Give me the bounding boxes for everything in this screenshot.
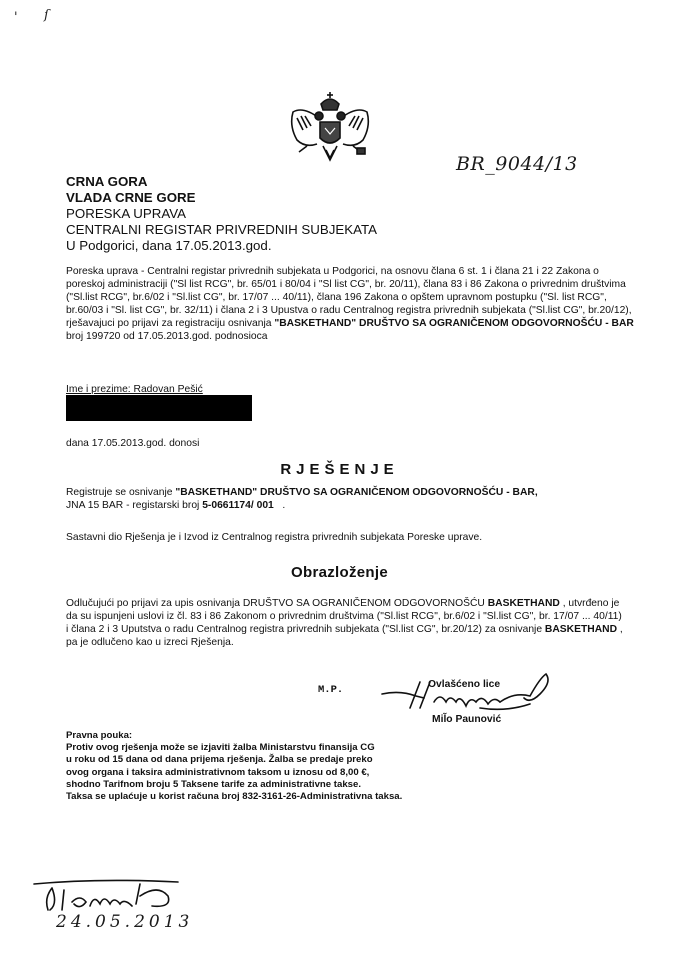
header-registry: CENTRALNI REGISTAR PRIVREDNIH SUBJEKATA <box>66 222 377 238</box>
reasoning-title: Obrazloženje <box>0 564 679 581</box>
intro-text-2: broj 199720 od 17.05.2013.god. podnosioc… <box>66 331 268 342</box>
intro-company-name: "BASKETHAND" DRUŠTVO SA OGRANIČENOM ODGO… <box>274 318 634 329</box>
scan-mark-2: ſ <box>44 8 49 23</box>
reasoning-company-1: BASKETHAND <box>488 598 560 609</box>
receipt-signature-icon <box>28 876 198 916</box>
signatory-title: Ovlašćeno lice <box>428 679 500 690</box>
decision-attachment-note: Sastavni dio Rješenja je i Izvod iz Cent… <box>66 532 636 545</box>
decision-title: RJEŠENJE <box>0 461 679 478</box>
registruje-prefix: Registruje se osnivanje <box>66 487 175 498</box>
reasoning-company-2: BASKETHAND <box>545 624 617 635</box>
legal-notice-line: ovog organa i taksira administrativnom t… <box>66 767 402 779</box>
header-government: VLADA CRNE GORE <box>66 190 377 206</box>
registration-number: 5-0661174/ 001 <box>202 500 274 511</box>
official-signature-icon <box>380 668 560 720</box>
applicant-name: Ime i prezime: Radovan Pešić <box>66 384 203 395</box>
donosi-line: dana 17.05.2013.god. donosi <box>66 438 199 449</box>
reasoning-paragraph: Odlučujući po prijavi za upis osnivanja … <box>66 598 626 650</box>
header-country: CRNA GORA <box>66 174 377 190</box>
decision-registration: Registruje se osnivanje "BASKETHAND" DRU… <box>66 487 636 513</box>
legal-notice-line: u roku od 15 dana od dana prijema rješen… <box>66 754 402 766</box>
document-header: CRNA GORA VLADA CRNE GORE PORESKA UPRAVA… <box>66 174 377 254</box>
legal-notice-line: shodno Tarifnom broju 5 Taksene tarife z… <box>66 779 402 791</box>
signatory-name: Mil̃o Paunović <box>432 714 501 725</box>
scan-mark: ' <box>14 10 18 25</box>
coat-of-arms-icon <box>283 90 377 166</box>
handwritten-receipt-date: 24.05.2013 <box>56 912 193 932</box>
header-place-date: U Podgorici, dana 17.05.2013.god. <box>66 238 377 254</box>
redaction-block <box>66 395 252 421</box>
address-suffix: . <box>274 500 285 511</box>
legal-notice-line: Protiv ovog rješenja može se izjaviti ža… <box>66 742 402 754</box>
registruje-company: "BASKETHAND" DRUŠTVO SA OGRANIČENOM ODGO… <box>175 487 537 498</box>
handwritten-reference-number: BR_9044/13 <box>456 153 578 175</box>
header-authority: PORESKA UPRAVA <box>66 206 377 222</box>
legal-notice: Pravna pouka: Protiv ovog rješenja može … <box>66 730 402 803</box>
legal-notice-line: Taksa se uplaćuje u korist računa broj 8… <box>66 791 402 803</box>
legal-notice-heading: Pravna pouka: <box>66 730 402 742</box>
reasoning-text-1: Odlučujući po prijavi za upis osnivanja … <box>66 598 488 609</box>
stamp-place-label: M.P. <box>318 684 343 696</box>
intro-paragraph: Poreska uprava - Centralni registar priv… <box>66 266 636 343</box>
address-prefix: JNA 15 BAR - registarski broj <box>66 500 202 511</box>
